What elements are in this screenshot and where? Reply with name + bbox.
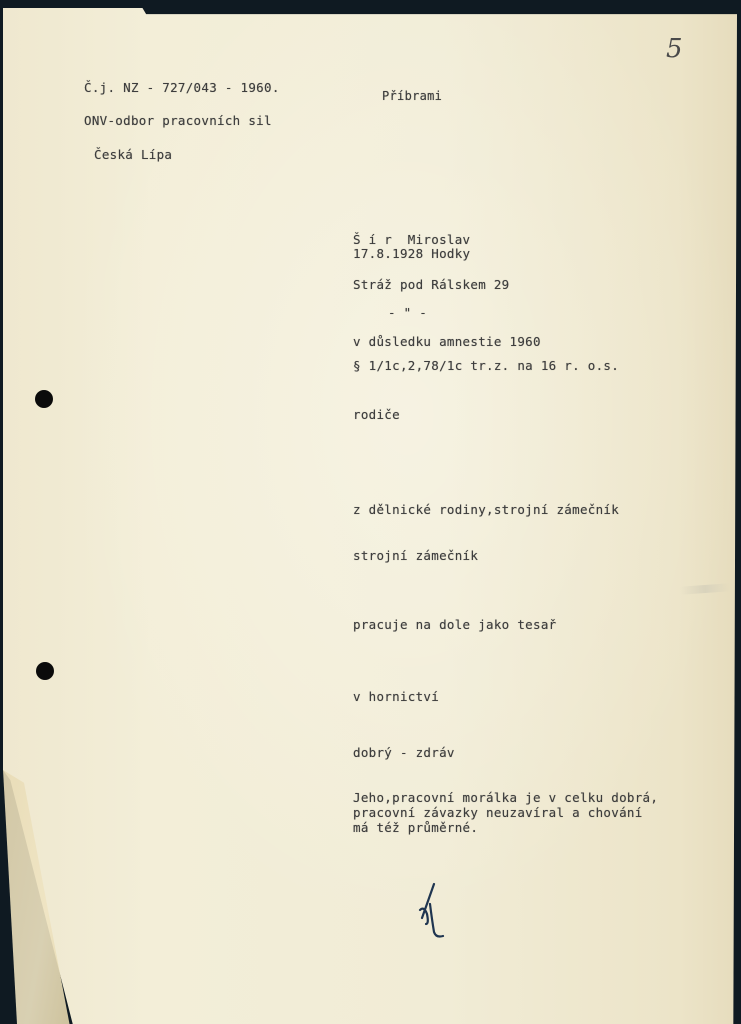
page-number: 5 xyxy=(666,34,683,64)
field-sector: v hornictví xyxy=(353,689,439,704)
reference-number: Č.j. NZ - 727/043 - 1960. xyxy=(84,80,280,95)
assessment-line: Jeho,pracovní morálka je v celku dobrá, xyxy=(353,790,658,805)
field-birth: 17.8.1928 Hodky xyxy=(353,246,470,261)
field-health: dobrý - zdráv xyxy=(353,745,455,760)
field-address: Stráž pod Rálskem 29 xyxy=(353,277,510,292)
assessment-line: pracovní závazky neuzavíral a chování xyxy=(353,805,643,820)
city-name: Česká Lípa xyxy=(94,147,172,162)
handwritten-signature-icon xyxy=(410,880,450,945)
punch-hole-bottom xyxy=(36,662,54,680)
field-sentence: § 1/1c,2,78/1c tr.z. na 16 r. o.s. xyxy=(353,358,619,373)
place-right: Příbrami xyxy=(382,89,442,103)
punch-hole-top xyxy=(35,390,53,408)
field-current-work: pracuje na dole jako tesař xyxy=(353,617,556,632)
office-name: ONV-odbor pracovních sil xyxy=(84,113,272,128)
field-family: rodiče xyxy=(353,407,400,422)
field-address-repeat: - " - xyxy=(388,305,427,320)
field-release-reason: v důsledku amnestie 1960 xyxy=(353,334,541,349)
field-name: Š í r Miroslav xyxy=(353,232,470,247)
field-profession: strojní zámečník xyxy=(353,548,478,563)
field-origin: z dělnické rodiny,strojní zámečník xyxy=(353,502,619,517)
assessment-line: má též průměrné. xyxy=(353,820,478,835)
